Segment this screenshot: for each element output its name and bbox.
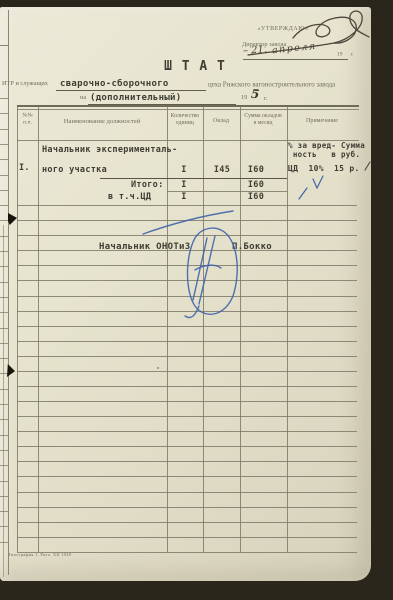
- grid-line: [0, 144, 8, 145]
- grid-line: [0, 358, 8, 359]
- document-title: Ш Т А Т: [140, 60, 250, 75]
- onotiz-signature-ink: [135, 190, 270, 330]
- grid-line: [0, 266, 8, 267]
- grid-line: [17, 461, 357, 462]
- grid-line: [0, 159, 8, 160]
- grid-line: [17, 507, 357, 508]
- grid-line: [100, 178, 287, 179]
- grid-line: [0, 419, 8, 420]
- row1-salary: I45: [206, 166, 238, 176]
- grid-line: [17, 105, 359, 107]
- grid-line: [0, 542, 8, 543]
- column-header-position: Наименование должностей: [47, 117, 157, 125]
- grid-line: [0, 511, 8, 512]
- grid-line: [0, 45, 8, 46]
- grid-line: [0, 236, 8, 237]
- form-line1-suffix: цеха Рижского вагоностроительного завода: [208, 81, 335, 89]
- grid-line: [3, 225, 4, 577]
- grid-line: [17, 522, 357, 523]
- grid-line: [0, 282, 8, 283]
- grid-line: [0, 328, 8, 329]
- grid-line: [17, 341, 357, 342]
- grid-line: [0, 450, 8, 451]
- footer-imprint: Типография 1. Рига. XII 1949: [8, 552, 71, 557]
- grid-line: [0, 220, 8, 221]
- grid-line: [17, 492, 357, 493]
- grid-line: [0, 481, 8, 482]
- grid-line: [17, 431, 357, 432]
- grid-line: [0, 496, 8, 497]
- note-subheader: % за вред- Сумма ность в руб.: [288, 141, 365, 160]
- grid-line: [0, 404, 8, 405]
- year-suffix: г.: [264, 95, 267, 102]
- row1-sum: I60: [240, 166, 272, 176]
- grid-line: [17, 371, 357, 372]
- row1-quantity: I: [174, 166, 194, 176]
- grid-line: [0, 389, 8, 390]
- grid-line: [17, 537, 357, 538]
- grid-line: [0, 465, 8, 466]
- check-mark-icon: [312, 175, 326, 189]
- grid-line: [17, 109, 359, 110]
- column-header-number: №№ п.п.: [16, 112, 39, 126]
- grid-line: [0, 205, 8, 206]
- row1-position-line2: ного участка: [42, 166, 107, 176]
- form-line1-filled-value: сварочно-сборочного: [60, 79, 169, 89]
- grid-line: [8, 10, 9, 575]
- year-handwritten-digit: 5: [251, 88, 260, 102]
- grid-line: [0, 251, 8, 252]
- paper-speck: [157, 367, 159, 369]
- form-line2-prefix: на: [80, 94, 86, 101]
- grid-line: [17, 386, 357, 387]
- row1-position-line1: Начальник эксперименталь-: [42, 146, 177, 156]
- row1-number: I.: [19, 164, 30, 174]
- grid-line: [38, 105, 39, 552]
- grid-line: [17, 105, 18, 552]
- grid-line: [0, 98, 8, 99]
- grid-line: [17, 416, 357, 417]
- grid-line: [0, 343, 8, 344]
- grid-line: [17, 356, 357, 357]
- column-header-monthly-sum: Сумма окладов в месяц: [233, 112, 294, 126]
- form-line2-filled-value: (дополнительный): [90, 93, 182, 103]
- form-line2-underline: [88, 104, 236, 105]
- grid-line: [0, 175, 8, 176]
- grid-line: [0, 129, 8, 130]
- slash-mark-icon: [298, 187, 310, 201]
- column-header-note: Примечание: [289, 117, 355, 125]
- grid-line: [0, 526, 8, 527]
- tick-mark-icon: [364, 161, 372, 172]
- grid-line: [0, 113, 8, 114]
- grid-line: [17, 401, 357, 402]
- grid-line: [0, 312, 8, 313]
- row1-note: ЦД 10% 15 р.: [288, 164, 360, 173]
- director-signature-ink: [238, 6, 378, 64]
- grid-line: [17, 446, 357, 447]
- grid-line: [17, 476, 357, 477]
- grid-line: [0, 190, 8, 191]
- form-line1-prefix: ИТР и служащих: [2, 80, 48, 87]
- scanned-staff-document: «УТВЕРЖДАЮ» Директор завода – 21. апреля…: [0, 0, 393, 600]
- grid-line: [0, 373, 8, 374]
- grid-line: [0, 297, 8, 298]
- year-printed: 19: [241, 94, 247, 101]
- form-line1-underline: [56, 90, 206, 91]
- grid-line: [0, 435, 8, 436]
